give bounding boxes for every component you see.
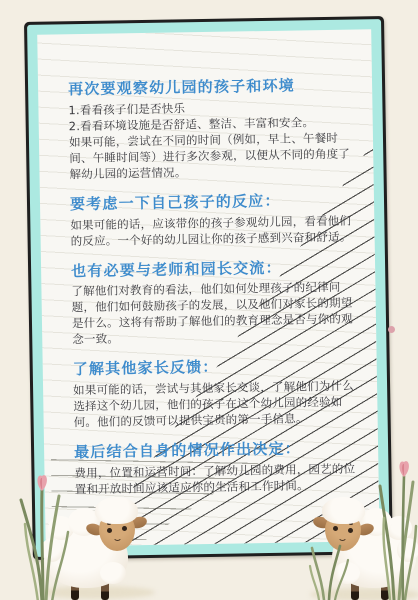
sheep-eye: [122, 526, 127, 531]
section-title: 了解其他家长反馈：: [73, 356, 363, 380]
section-paragraph: 如果可能，尝试在不同的时间（例如，早上、午餐时间、午睡时间等）进行多次参观，以便…: [69, 129, 360, 182]
section-paragraph: 了解他们对教育的看法，他们如何处理孩子的纪律问题，他们如何鼓励孩子的发展，以及他…: [71, 279, 362, 348]
section-talk-teachers: 也有必要与老师和园长交流： 了解他们对教育的看法，他们如何处理孩子的纪律问题，他…: [71, 257, 362, 348]
pink-flower-dot-icon: [388, 326, 395, 333]
sheep-eye: [333, 526, 338, 531]
section-title: 也有必要与老师和园长交流：: [71, 257, 361, 281]
section-final-decision: 最后结合自身的情况作出决定： 费用，位置和运营时间：了解幼儿园的费用，园艺的位置…: [74, 438, 365, 497]
sheep-mouth: [113, 535, 122, 541]
section-parent-feedback: 了解其他家长反馈： 如果可能的话，尝试与其他家长交谈，了解他们为什么选择这个幼儿…: [73, 356, 364, 431]
sheep-eye: [348, 528, 353, 533]
section-title: 最后结合自身的情况作出决定：: [74, 438, 364, 462]
grass-clump-left-icon: [12, 470, 76, 600]
note-content: 再次要观察幼儿园的孩子和环境 1.看看孩子们是否快乐 2.看看环境设施是否舒适、…: [68, 75, 365, 509]
section-paragraph: 费用，位置和运营时间：了解幼儿园的费用，园艺的位置和开放时间应该适应你的生活和工…: [74, 460, 364, 497]
grass-clump-mid-icon: [304, 540, 352, 600]
section-title: 要考虑一下自己孩子的反应：: [70, 190, 360, 214]
section-child-reaction: 要考虑一下自己孩子的反应： 如果可能的话，应该带你的孩子参观幼儿园，看看他们的反…: [70, 190, 361, 249]
note-page: 再次要观察幼儿园的孩子和环境 1.看看孩子们是否快乐 2.看看环境设施是否舒适、…: [37, 29, 379, 546]
section-observe: 再次要观察幼儿园的孩子和环境 1.看看孩子们是否快乐 2.看看环境设施是否舒适、…: [68, 75, 360, 182]
sheep-wool-crown: [322, 497, 365, 524]
decorative-note-canvas: { "note": { "sections": [ { "title": "再次…: [0, 0, 418, 600]
note-frame-teal-mat: 再次要观察幼儿园的孩子和环境 1.看看孩子们是否快乐 2.看看环境设施是否舒适、…: [27, 19, 390, 557]
sheep-wool-crown: [95, 497, 138, 524]
wool-bump: [100, 562, 126, 584]
sheep-eye: [107, 528, 112, 533]
section-title: 再次要观察幼儿园的孩子和环境: [68, 75, 358, 99]
note-frame: 再次要观察幼儿园的孩子和环境 1.看看孩子们是否快乐 2.看看环境设施是否舒适、…: [24, 16, 393, 560]
section-paragraph: 如果可能的话，尝试与其他家长交谈，了解他们为什么选择这个幼儿园，他们的孩子在这个…: [73, 377, 364, 430]
section-paragraph: 如果可能的话，应该带你的孩子参观幼儿园，看看他们的反应。一个好的幼儿园让你的孩子…: [70, 212, 360, 249]
sheep-head: [94, 504, 140, 558]
grass-clump-right-icon: [372, 452, 418, 600]
